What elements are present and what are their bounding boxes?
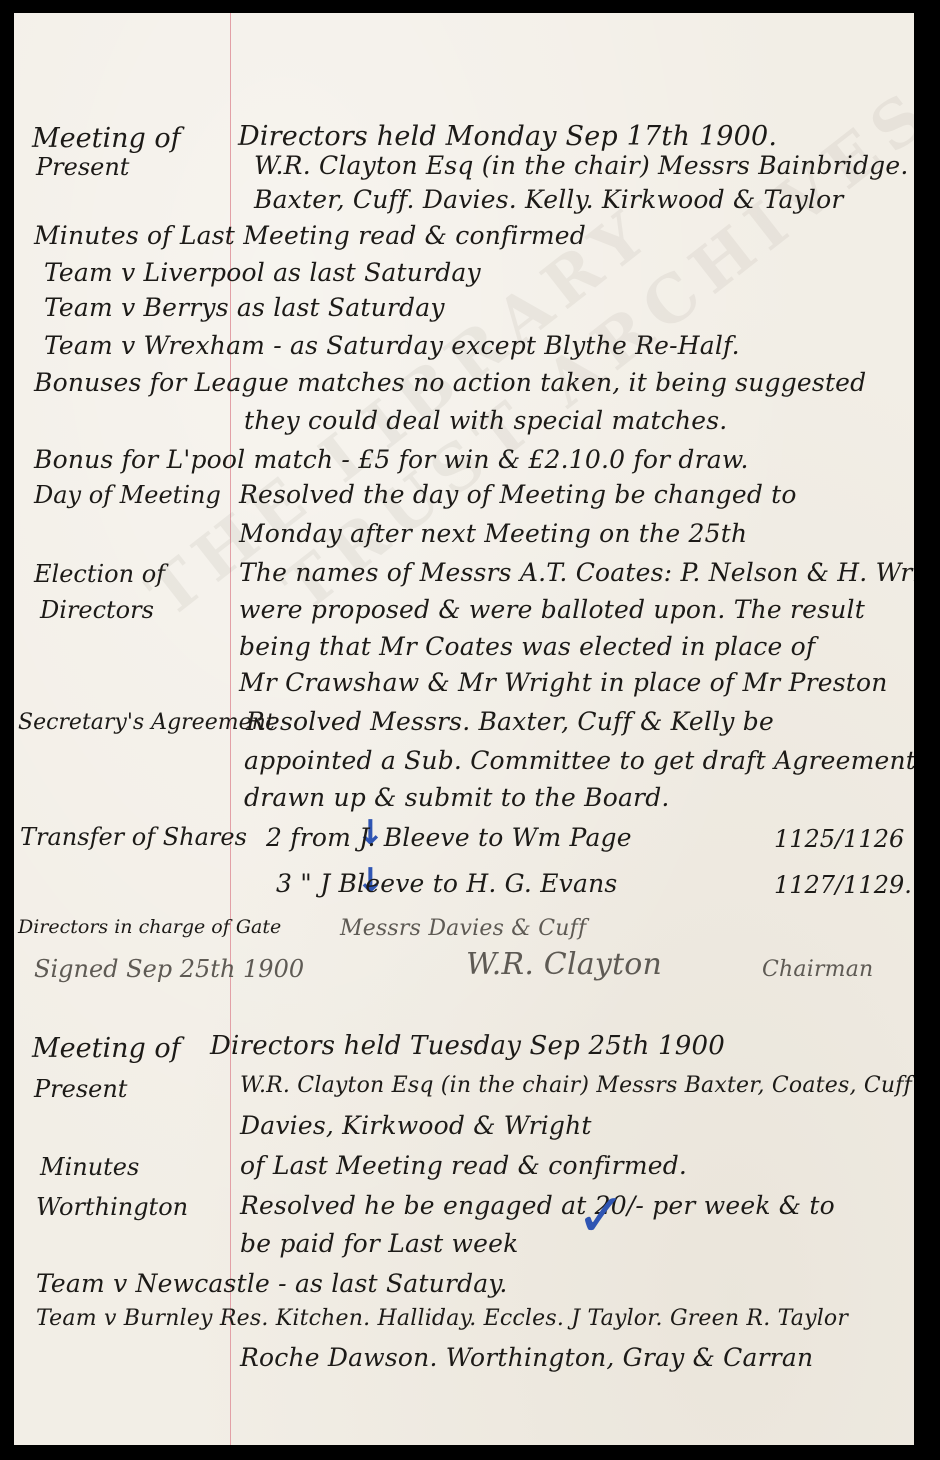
minute-book-page: THE LIBRARY TRUST ARCHIVES Meeting of Di… (14, 13, 914, 1445)
meeting2-team-newcastle: Team v Newcastle - as last Saturday. (36, 1269, 508, 1298)
meeting1-signature-role: Chairman (762, 957, 873, 982)
meeting1-signature: W.R. Clayton (466, 947, 662, 982)
meeting1-present-line2: Baxter, Cuff. Davies. Kelly. Kirkwood & … (254, 185, 844, 214)
meeting1-election-label-2: Directors (40, 596, 154, 624)
meeting1-election-label-1: Election of (34, 560, 165, 588)
meeting1-heading: Directors held Monday Sep 17th 1900. (238, 121, 777, 152)
meeting1-election-line1: The names of Messrs A.T. Coates: P. Nels… (239, 558, 914, 587)
meeting1-bonuses-line1: Bonuses for League matches no action tak… (34, 368, 866, 397)
meeting1-present-label: Present (36, 153, 129, 181)
meeting1-bonuses-line2: they could deal with special matches. (244, 406, 727, 435)
meeting1-signed-label: Signed Sep 25th 1900 (34, 955, 304, 983)
meeting1-gate-label: Directors in charge of Gate (18, 916, 281, 938)
meeting2-present-line2: Davies, Kirkwood & Wright (240, 1111, 592, 1140)
meeting1-transfer-row2: 3 " J Bleeve to H. G. Evans (276, 869, 617, 898)
meeting1-transfer-label: Transfer of Shares (20, 823, 247, 851)
meeting1-team-liverpool: Team v Liverpool as last Saturday (44, 258, 481, 287)
meeting1-gate-value: Messrs Davies & Cuff (340, 916, 586, 941)
meeting1-team-wrexham: Team v Wrexham - as Saturday except Blyt… (44, 331, 740, 360)
meeting1-transfer-row1-ref: 1125/1126 (774, 825, 904, 853)
meeting1-present-line1: W.R. Clayton Esq (in the chair) Messrs B… (254, 151, 909, 180)
meeting1-day-line2: Monday after next Meeting on the 25th (239, 519, 747, 548)
meeting1-transfer-row2-ref: 1127/1129. (774, 871, 912, 899)
meeting2-team-burnley-line2: Roche Dawson. Worthington, Gray & Carran (240, 1343, 813, 1372)
meeting2-team-burnley-line1: Team v Burnley Res. Kitchen. Halliday. E… (36, 1306, 848, 1331)
meeting1-heading-label: Meeting of (32, 123, 181, 154)
blue-check-mark-icon: ✓ (576, 1181, 626, 1251)
meeting2-worthington-line2: be paid for Last week (240, 1229, 518, 1258)
meeting1-team-berrys: Team v Berrys as last Saturday (44, 293, 445, 322)
meeting2-worthington-line1: Resolved he be engaged at 20/- per week … (240, 1191, 835, 1220)
meeting2-heading-label: Meeting of (32, 1033, 181, 1064)
meeting1-secretary-line3: drawn up & submit to the Board. (244, 783, 670, 812)
meeting1-secretary-line2: appointed a Sub. Committee to get draft … (244, 746, 914, 775)
meeting1-secretary-label: Secretary's Agreement (18, 710, 275, 735)
meeting1-election-line4: Mr Crawshaw & Mr Wright in place of Mr P… (239, 668, 888, 697)
meeting2-heading: Directors held Tuesday Sep 25th 1900 (210, 1031, 725, 1061)
meeting2-minutes-label: Minutes (40, 1153, 139, 1181)
meeting1-secretary-line1: Resolved Messrs. Baxter, Cuff & Kelly be (246, 707, 774, 736)
meeting2-minutes-line: of Last Meeting read & confirmed. (240, 1151, 687, 1180)
meeting1-transfer-row1: 2 from J. Bleeve to Wm Page (266, 823, 632, 852)
meeting2-worthington-label: Worthington (36, 1193, 188, 1221)
meeting1-day-label: Day of Meeting (34, 481, 221, 509)
meeting1-minutes: Minutes of Last Meeting read & confirmed (34, 221, 586, 250)
meeting1-election-line3: being that Mr Coates was elected in plac… (239, 632, 815, 661)
meeting2-present-label: Present (34, 1075, 127, 1103)
meeting1-day-line1: Resolved the day of Meeting be changed t… (239, 480, 797, 509)
meeting1-bonus-lpool: Bonus for L'pool match - £5 for win & £2… (34, 445, 749, 474)
meeting2-present-line1: W.R. Clayton Esq (in the chair) Messrs B… (240, 1073, 912, 1098)
meeting1-election-line2: were proposed & were balloted upon. The … (239, 595, 865, 624)
